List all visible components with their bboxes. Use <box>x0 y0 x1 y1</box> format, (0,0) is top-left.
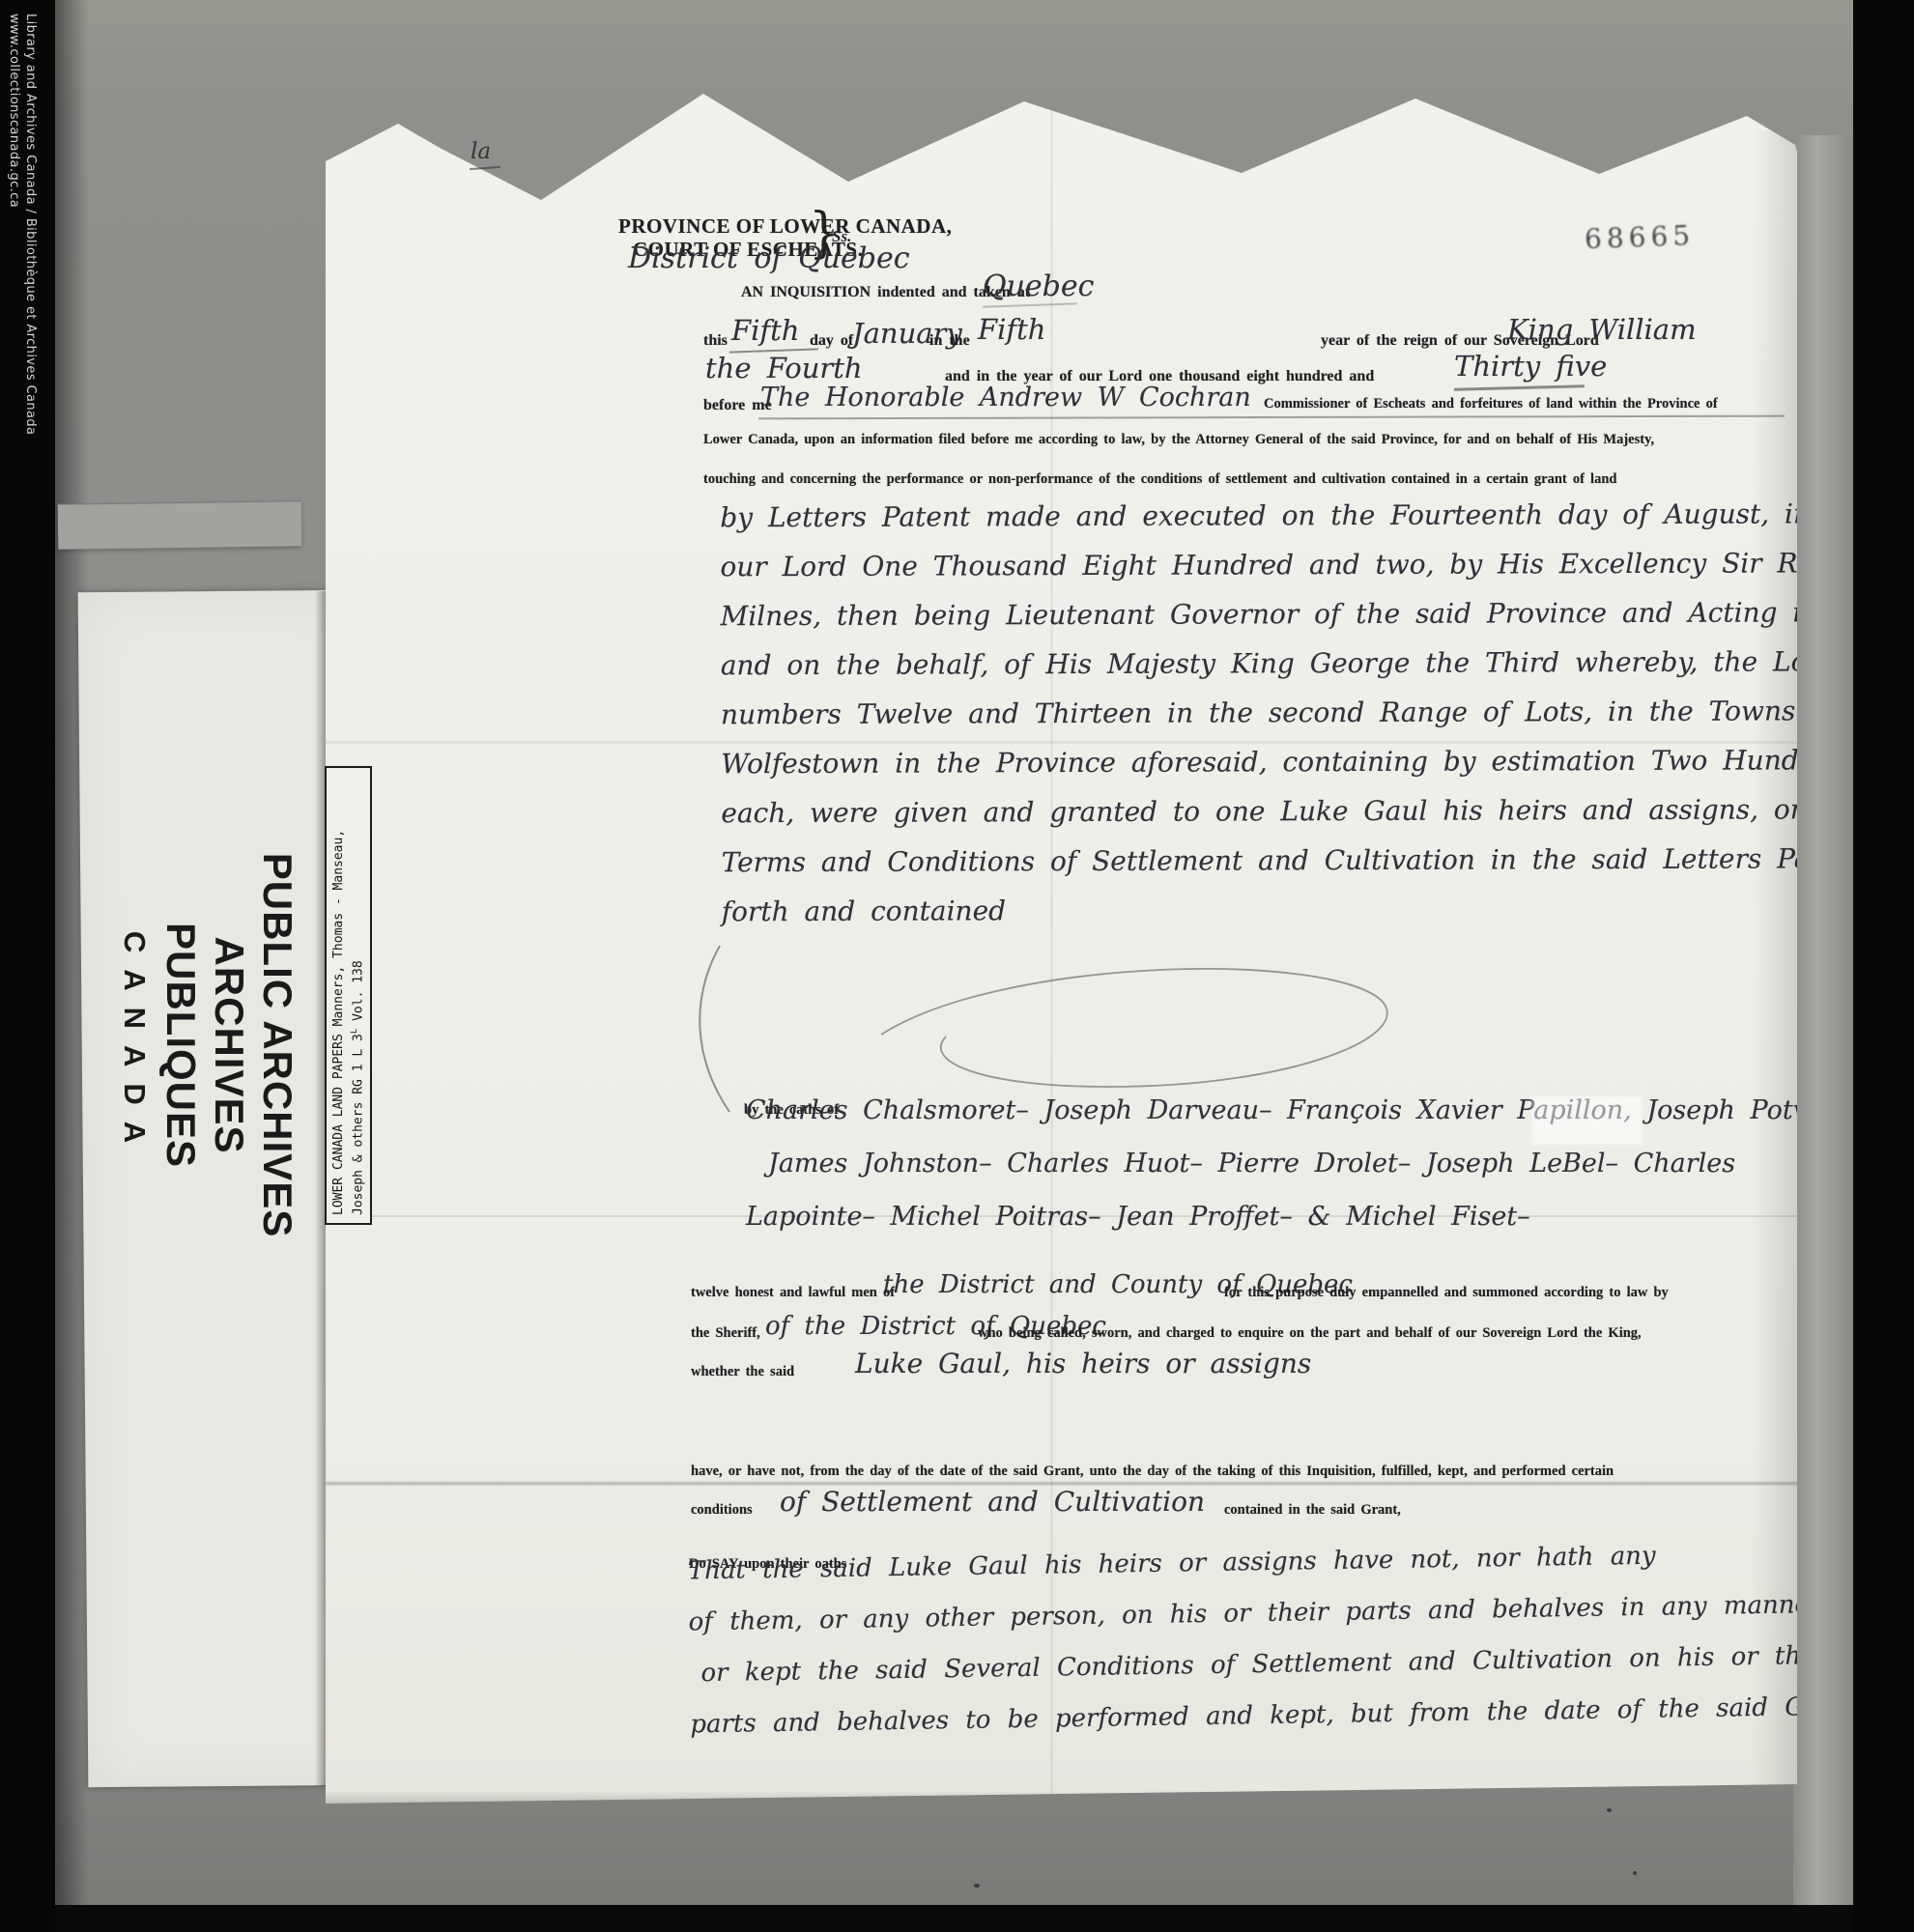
juror-names: Charles Chalsmoret– Joseph Darveau– Fran… <box>746 1084 1845 1243</box>
day-word-script: Fifth <box>731 314 799 347</box>
grant-line: numbers Twelve and Thirteen in the secon… <box>721 686 1914 740</box>
label-jury-2b: who being called, sworn, and charged to … <box>978 1325 1642 1342</box>
year-underline <box>1454 384 1585 391</box>
label-superscript: L <box>350 1029 359 1034</box>
grant-line: and on the behalf, of His Majesty King G… <box>721 637 1914 691</box>
place-underline <box>983 302 1077 307</box>
paper-edge <box>58 500 302 550</box>
page-fore-edge <box>1793 135 1853 1908</box>
dust-speck <box>1633 1871 1637 1875</box>
place-script: Quebec <box>983 270 1094 303</box>
film-bottom-strip <box>0 1905 1914 1932</box>
grant-line: by Letters Patent made and executed on t… <box>720 489 1914 543</box>
year-words-script: Thirty five <box>1454 350 1607 383</box>
film-caption-line1: Library and Archives Canada / Bibliothèq… <box>22 14 39 477</box>
stamp-line-english: PUBLIC ARCHIVES <box>253 813 301 1277</box>
grant-line: our Lord One Thousand Eight Hundred and … <box>720 538 1914 592</box>
label-in-the: in the <box>929 332 970 350</box>
film-edge-right <box>1853 0 1914 1932</box>
grant-paragraph: by Letters Patent made and executed on t… <box>720 489 1914 937</box>
label-jury-3: whether the said <box>691 1364 794 1380</box>
jury-fill-3: Luke Gaul, his heirs or assigns <box>855 1348 1311 1379</box>
pen-stroke-long <box>758 415 1785 420</box>
film-caption-line2: www.collectionscanada.gc.ca <box>6 14 22 477</box>
regnal-year-script: Fifth <box>978 313 1045 346</box>
label-fulfil-2a: conditions <box>691 1502 753 1519</box>
page-edge-shading <box>1753 130 1797 1792</box>
stamp-line-canada: CANADA <box>112 813 157 1277</box>
fold-crease <box>326 741 1797 744</box>
label-fulfil-2b: contained in the said Grant, <box>1224 1502 1401 1519</box>
header-province: PROVINCE OF LOWER CANADA, <box>618 214 952 239</box>
faded-stamp-patch <box>1531 1096 1643 1145</box>
body-line-2: touching and concerning the performance … <box>703 471 1616 488</box>
grant-line: Milnes, then being Lieutenant Governor o… <box>721 587 1914 641</box>
verdict-paragraph: That the said Luke Gaul his heirs or ass… <box>687 1526 1914 1751</box>
vertical-crease <box>1050 92 1053 1804</box>
grant-line: Terms and Conditions of Settlement and C… <box>721 834 1914 888</box>
file-reference-label: LOWER CANADA LAND PAPERS Manners, Thomas… <box>325 766 372 1225</box>
archival-scan: PUBLIC ARCHIVES ARCHIVES PUBLIQUES CANAD… <box>0 0 1914 1932</box>
label-jury-1a: twelve honest and lawful men of <box>691 1285 895 1301</box>
label-line-2: Joseph & others RG 1 L 3L Vol. 138 <box>347 776 366 1215</box>
juror-line: James Johnston– Charles Huot– Pierre Dro… <box>768 1137 1845 1190</box>
label-jury-2a: the Sheriff, <box>691 1325 760 1342</box>
sovereign-script: King William <box>1507 313 1697 346</box>
label-line2-text: Joseph & others RG 1 L 3 <box>351 1034 365 1215</box>
body-line-1: Lower Canada, upon an information filed … <box>703 432 1654 448</box>
label-this: this <box>703 332 728 350</box>
page-number-stamp: 68665 <box>1584 219 1695 255</box>
film-edge-caption: Library and Archives Canada / Bibliothèq… <box>6 14 39 477</box>
inquisition-bold: AN INQUISITION <box>741 284 871 300</box>
label-day-of: day of <box>810 332 853 350</box>
fold-crease <box>326 1215 1797 1217</box>
dust-speck <box>974 1884 980 1888</box>
label-line-1: LOWER CANADA LAND PAPERS Manners, Thomas… <box>330 776 347 1215</box>
commissioner-name-script: The Honorable Andrew W Cochran <box>760 383 1251 412</box>
grant-line: each, were given and granted to one Luke… <box>721 784 1914 838</box>
juror-line: Charles Chalsmoret– Joseph Darveau– Fran… <box>746 1084 1845 1137</box>
public-archives-stamp: PUBLIC ARCHIVES ARCHIVES PUBLIQUES CANAD… <box>112 813 301 1277</box>
label-commissioner: Commissioner of Escheats and forfeitures… <box>1264 396 1718 412</box>
sovereign2-script: the Fourth <box>705 352 863 384</box>
document-page: PROVINCE OF LOWER CANADA, COURT OF ESCHE… <box>326 92 1797 1804</box>
fold-crease <box>326 1481 1797 1486</box>
district-script: District of Quebec <box>628 241 910 275</box>
label-jury-1b: for this purpose duly empannelled and su… <box>1224 1285 1669 1301</box>
grant-line: forth and contained <box>722 883 1914 937</box>
label-volume: Vol. 138 <box>351 960 365 1028</box>
fulfil-fill: of Settlement and Cultivation <box>780 1486 1205 1518</box>
corner-ink-note: la <box>471 139 491 164</box>
label-fulfil-1: have, or have not, from the day of the d… <box>691 1463 1614 1480</box>
dust-speck <box>1607 1808 1612 1812</box>
stamp-line-french: ARCHIVES PUBLIQUES <box>157 813 253 1277</box>
